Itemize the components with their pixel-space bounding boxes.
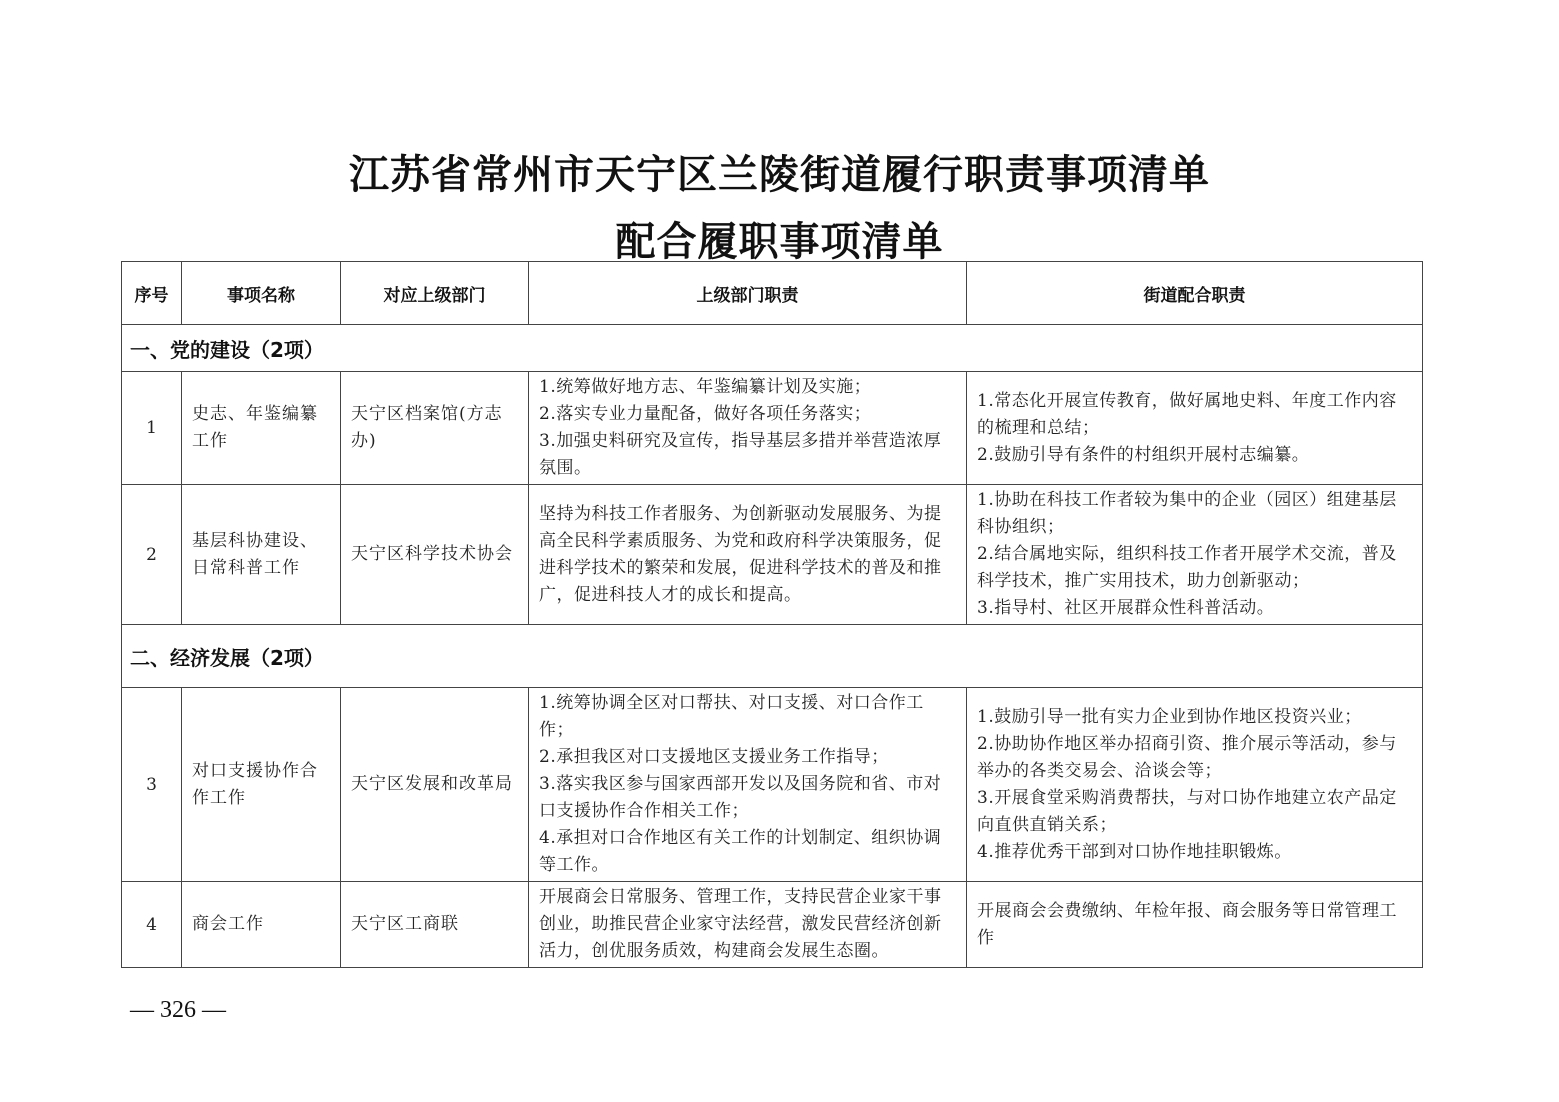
- duty-line: 坚持为科技工作者服务、为创新驱动发展服务、为提高全民科学素质服务、为党和政府科学…: [539, 501, 958, 609]
- row-number: 2: [122, 485, 182, 625]
- header-department: 对应上级部门: [341, 262, 529, 325]
- street-duties: 1.鼓励引导一批有实力企业到协作地区投资兴业； 2.协助协作地区举办招商引资、推…: [967, 688, 1423, 882]
- item-name: 基层科协建设、日常科普工作: [182, 485, 341, 625]
- department: 天宁区工商联: [341, 882, 529, 968]
- duty-line: 3.加强史料研究及宣传，指导基层多措并举营造浓厚氛围。: [539, 428, 958, 482]
- dept-duties: 坚持为科技工作者服务、为创新驱动发展服务、为提高全民科学素质服务、为党和政府科学…: [529, 485, 967, 625]
- section-title: 二、经济发展（2项）: [122, 625, 1423, 688]
- duty-line: 2.承担我区对口支援地区支援业务工作指导；: [539, 744, 958, 771]
- table-header-row: 序号 事项名称 对应上级部门 上级部门职责 街道配合职责: [122, 262, 1423, 325]
- duty-line: 开展商会会费缴纳、年检年报、商会服务等日常管理工作: [977, 898, 1414, 952]
- header-dept-duties: 上级部门职责: [529, 262, 967, 325]
- header-no: 序号: [122, 262, 182, 325]
- duty-line: 1.协助在科技工作者较为集中的企业（园区）组建基层科协组织；: [977, 487, 1414, 541]
- duty-line: 开展商会日常服务、管理工作，支持民营企业家干事创业，助推民营企业家守法经营，激发…: [539, 884, 958, 965]
- duty-line: 1.统筹协调全区对口帮扶、对口支援、对口合作工作；: [539, 690, 958, 744]
- dept-duties: 1.统筹协调全区对口帮扶、对口支援、对口合作工作； 2.承担我区对口支援地区支援…: [529, 688, 967, 882]
- duty-line: 4.推荐优秀干部到对口协作地挂职锻炼。: [977, 839, 1414, 866]
- table-row: 2 基层科协建设、日常科普工作 天宁区科学技术协会 坚持为科技工作者服务、为创新…: [122, 485, 1423, 625]
- section-title: 一、党的建设（2项）: [122, 325, 1423, 372]
- department: 天宁区档案馆(方志办): [341, 372, 529, 485]
- department: 天宁区科学技术协会: [341, 485, 529, 625]
- duty-line: 2.协助协作地区举办招商引资、推介展示等活动，参与举办的各类交易会、洽谈会等；: [977, 731, 1414, 785]
- section-row: 一、党的建设（2项）: [122, 325, 1423, 372]
- table-row: 1 史志、年鉴编纂工作 天宁区档案馆(方志办) 1.统筹做好地方志、年鉴编纂计划…: [122, 372, 1423, 485]
- row-number: 4: [122, 882, 182, 968]
- item-name: 史志、年鉴编纂工作: [182, 372, 341, 485]
- header-street-duties: 街道配合职责: [967, 262, 1423, 325]
- street-duties: 开展商会会费缴纳、年检年报、商会服务等日常管理工作: [967, 882, 1423, 968]
- table-row: 4 商会工作 天宁区工商联 开展商会日常服务、管理工作，支持民营企业家干事创业，…: [122, 882, 1423, 968]
- duty-line: 2.鼓励引导有条件的村组织开展村志编纂。: [977, 442, 1414, 469]
- duty-line: 3.指导村、社区开展群众性科普活动。: [977, 595, 1414, 622]
- street-duties: 1.常态化开展宣传教育，做好属地史料、年度工作内容的梳理和总结； 2.鼓励引导有…: [967, 372, 1423, 485]
- duty-list-table: 序号 事项名称 对应上级部门 上级部门职责 街道配合职责 一、党的建设（2项） …: [121, 261, 1423, 968]
- item-name: 对口支援协作合作工作: [182, 688, 341, 882]
- duty-line: 2.落实专业力量配备，做好各项任务落实；: [539, 401, 958, 428]
- row-number: 3: [122, 688, 182, 882]
- table-row: 3 对口支援协作合作工作 天宁区发展和改革局 1.统筹协调全区对口帮扶、对口支援…: [122, 688, 1423, 882]
- duty-line: 4.承担对口合作地区有关工作的计划制定、组织协调等工作。: [539, 825, 958, 879]
- duty-line: 1.统筹做好地方志、年鉴编纂计划及实施；: [539, 374, 958, 401]
- section-row: 二、经济发展（2项）: [122, 625, 1423, 688]
- page-number: — 326 —: [130, 997, 226, 1024]
- duty-line: 3.落实我区参与国家西部开发以及国务院和省、市对口支援协作合作相关工作；: [539, 771, 958, 825]
- row-number: 1: [122, 372, 182, 485]
- item-name: 商会工作: [182, 882, 341, 968]
- duty-line: 1.鼓励引导一批有实力企业到协作地区投资兴业；: [977, 704, 1414, 731]
- document-title: 江苏省常州市天宁区兰陵街道履行职责事项清单: [0, 143, 1559, 200]
- dept-duties: 1.统筹做好地方志、年鉴编纂计划及实施； 2.落实专业力量配备，做好各项任务落实…: [529, 372, 967, 485]
- dept-duties: 开展商会日常服务、管理工作，支持民营企业家干事创业，助推民营企业家守法经营，激发…: [529, 882, 967, 968]
- department: 天宁区发展和改革局: [341, 688, 529, 882]
- document-subtitle: 配合履职事项清单: [0, 210, 1559, 267]
- street-duties: 1.协助在科技工作者较为集中的企业（园区）组建基层科协组织； 2.结合属地实际，…: [967, 485, 1423, 625]
- duty-line: 3.开展食堂采购消费帮扶，与对口协作地建立农产品定向直供直销关系；: [977, 785, 1414, 839]
- duty-line: 2.结合属地实际，组织科技工作者开展学术交流，普及科学技术，推广实用技术，助力创…: [977, 541, 1414, 595]
- header-item-name: 事项名称: [182, 262, 341, 325]
- duty-line: 1.常态化开展宣传教育，做好属地史料、年度工作内容的梳理和总结；: [977, 388, 1414, 442]
